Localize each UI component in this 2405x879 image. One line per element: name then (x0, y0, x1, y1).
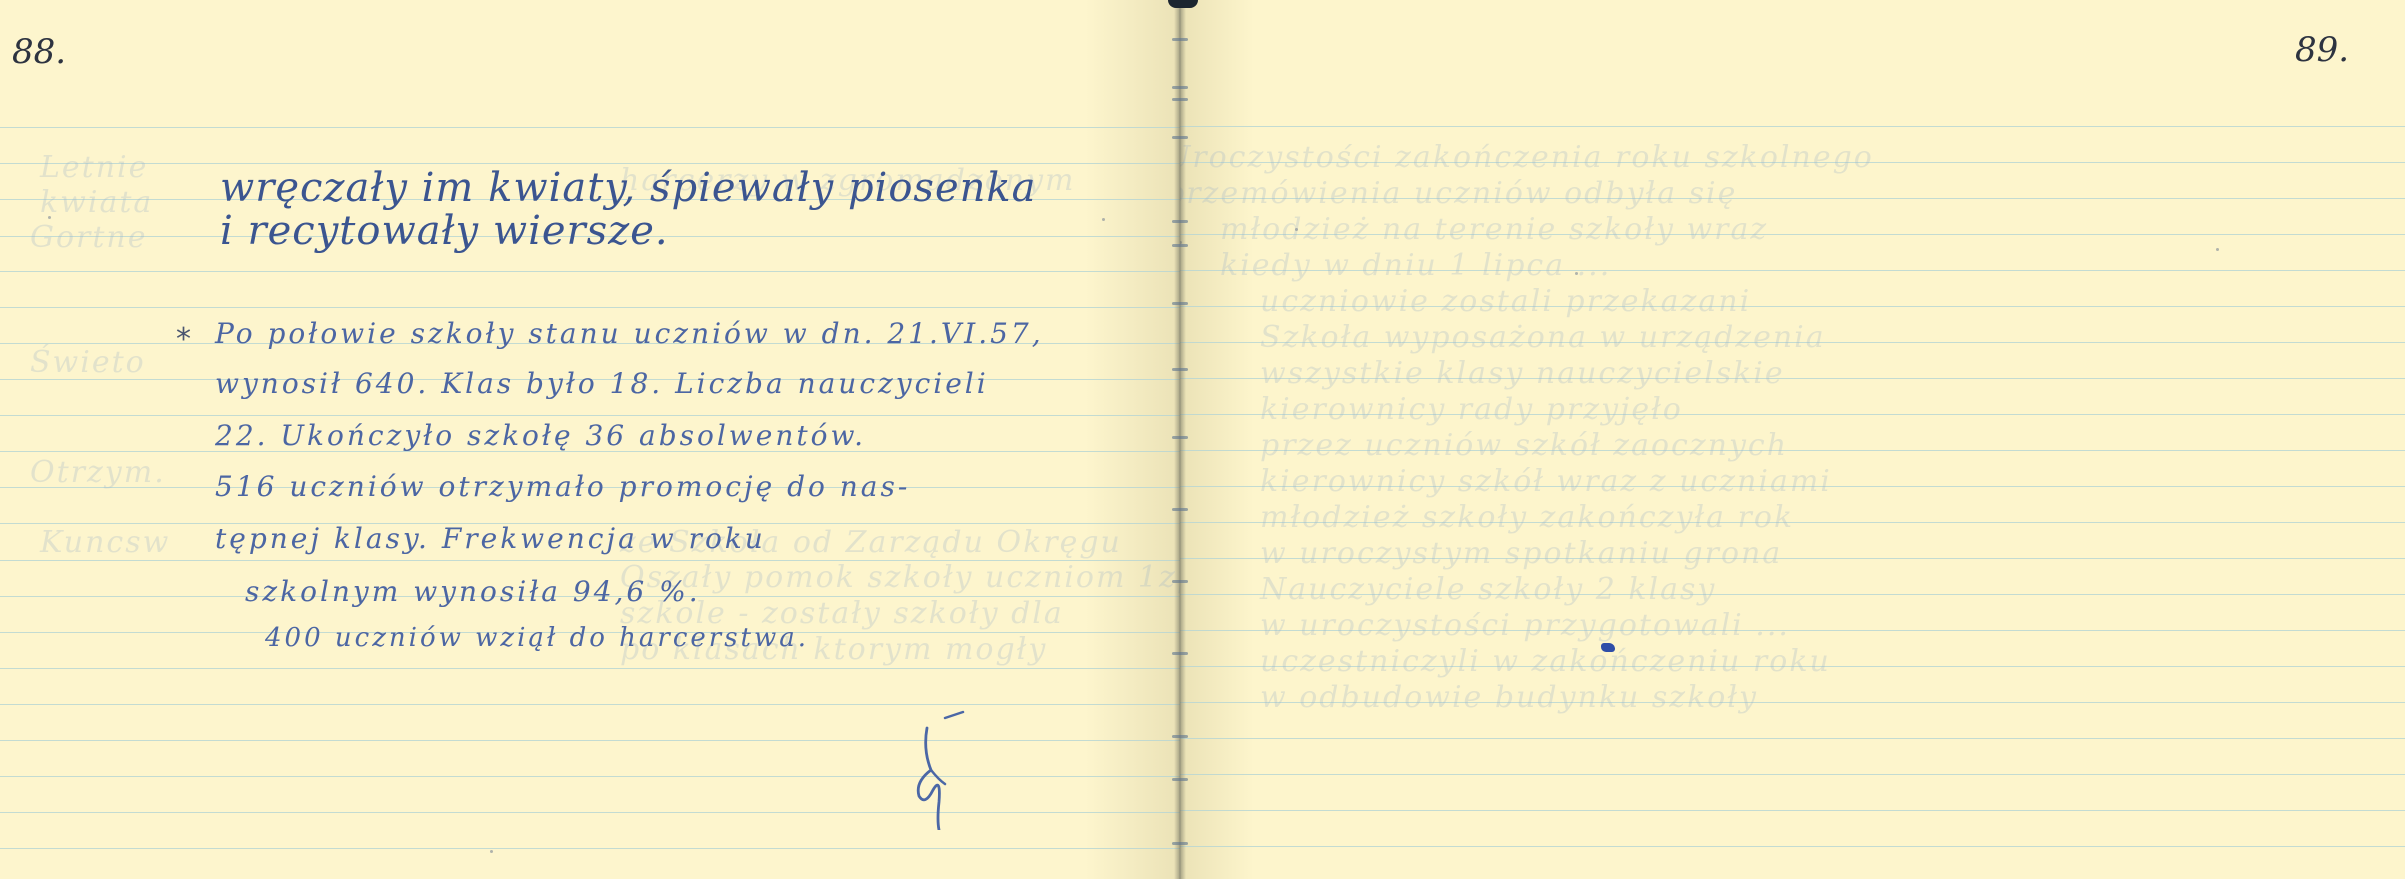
show-through-text: wszystkie klasy nauczycielskie (1260, 356, 1785, 391)
binding-stitch (1172, 86, 1188, 89)
binding-stitch (1172, 98, 1188, 101)
show-through-text: uczestniczyli w zakończeniu roku (1260, 644, 1831, 679)
binding-stitch (1172, 436, 1188, 439)
show-through-text: przemówienia uczniów odbyła się (1180, 176, 1737, 211)
show-through-text: w uroczystości przygotowali ... (1260, 608, 1790, 643)
binding-stitch (1172, 842, 1188, 845)
binding-stitch (1172, 302, 1188, 305)
show-through-text: uczniowie zostali przekazani (1260, 284, 1751, 319)
paper-speck (2216, 248, 2219, 251)
paper-speck (1102, 218, 1105, 221)
signature-initials (905, 710, 965, 830)
right-page: Uroczystości zakończenia roku szkolnego … (1180, 0, 2405, 879)
paragraph-1-line-2: i recytowały wiersze. (220, 208, 669, 254)
paper-speck (490, 850, 493, 853)
paragraph-2-line-3: 22. Ukończyło szkołę 36 absolwentów. (215, 419, 866, 452)
page-number-left: 88. (12, 32, 66, 72)
page-number-right: 89. (2295, 30, 2349, 70)
binding-stitch (1172, 735, 1188, 738)
show-through-text: młodzież szkoły zakończyła rok (1260, 500, 1794, 535)
asterisk-marker: * (176, 322, 191, 357)
binding-stitch (1172, 244, 1188, 247)
binding-stitch (1172, 580, 1188, 583)
show-through-text: Uroczystości zakończenia roku szkolnego (1180, 140, 1874, 175)
binding-stitch (1172, 368, 1188, 371)
show-through-text: Letnie (40, 150, 148, 185)
show-through-text: w uroczystym spotkaniu grona (1260, 536, 1782, 571)
ink-blot (1601, 643, 1615, 652)
paragraph-2-line-7: 400 uczniów wziął do harcerstwa. (265, 623, 809, 653)
show-through-text: kierownicy szkół wraz z uczniami (1260, 464, 1832, 499)
binding-stitch (1172, 508, 1188, 511)
show-through-text: kiedy w dniu 1 lipca ... (1220, 248, 1611, 283)
show-through-text: kwiata (40, 185, 153, 220)
paragraph-1-line-1: wręczały im kwiaty, śpiewały piosenka (220, 165, 1036, 211)
binding-stitch (1172, 778, 1188, 781)
paper-speck (48, 216, 51, 219)
binding-stitch (1172, 220, 1188, 223)
show-through-text: przez uczniów szkół zaocznych (1260, 428, 1788, 463)
show-through-text: w odbudowie budynku szkoły (1260, 680, 1758, 715)
binding-stitch (1172, 136, 1188, 139)
show-through-text: Nauczyciele szkoły 2 klasy (1260, 572, 1716, 607)
notebook-spine (1174, 0, 1186, 879)
show-through-text: Gortne (30, 220, 148, 255)
show-through-text: Otrzym. (30, 455, 166, 490)
paragraph-2-line-5: tępnej klasy. Frekwencja w roku (215, 522, 766, 555)
binding-stitch (1172, 652, 1188, 655)
show-through-text: kierownicy rady przyjęło (1260, 392, 1683, 427)
left-page: Letnie kwiata Gortne Świeto Otrzym. Kunc… (0, 0, 1180, 879)
paragraph-2-line-4: 516 uczniów otrzymało promocję do nas- (215, 470, 910, 503)
show-through-text: Szkoła wyposażona w urządzenia (1260, 320, 1826, 355)
paragraph-2-line-6: szkolnym wynosiła 94,6 %. (245, 575, 701, 608)
paper-speck (1295, 228, 1298, 231)
paragraph-2-line-1: Po połowie szkoły stanu uczniów w dn. 21… (215, 317, 1044, 350)
paper-speck (1575, 272, 1578, 275)
show-through-text: młodzież na terenie szkoły wraz (1220, 212, 1768, 247)
binding-stitch (1172, 38, 1188, 41)
spine-top-shadow (1168, 0, 1198, 8)
notebook-spread: Letnie kwiata Gortne Świeto Otrzym. Kunc… (0, 0, 2405, 879)
paragraph-2-line-2: wynosił 640. Klas było 18. Liczba nauczy… (215, 367, 989, 400)
show-through-text: Kuncsw (40, 525, 170, 560)
show-through-text: Oszały pomok szkoły uczniom 1zp (620, 560, 1180, 595)
show-through-text: Świeto (30, 345, 146, 380)
